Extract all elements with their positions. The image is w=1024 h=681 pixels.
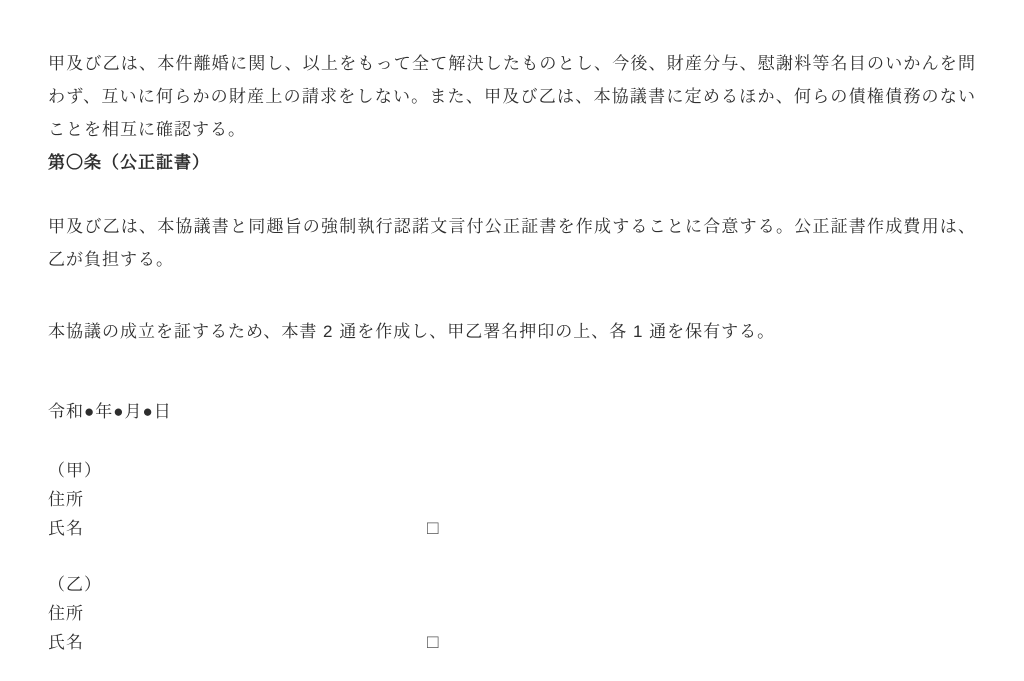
party-b-seal-placeholder-box: □ xyxy=(427,633,438,652)
party-b-label: （乙） xyxy=(48,570,976,599)
article-heading-notarial-deed: 第〇条（公正証書） xyxy=(48,146,976,179)
party-a-name-label: 氏名 xyxy=(48,519,84,538)
date-line: 令和●年●月●日 xyxy=(48,395,976,428)
party-a-seal-placeholder-box: □ xyxy=(427,519,438,538)
signature-block-party-a: （甲） 住所 氏名 □ xyxy=(48,456,976,543)
notarial-deed-clause-paragraph: 甲及び乙は、本協議書と同趣旨の強制執行認諾文言付公正証書を作成することに合意する… xyxy=(48,210,976,276)
party-a-name-line: 氏名 □ xyxy=(48,514,976,543)
party-b-name-label: 氏名 xyxy=(48,633,84,652)
settlement-clause-paragraph: 甲及び乙は、本件離婚に関し、以上をもって全て解決したものとし、今後、財産分与、慰… xyxy=(48,47,976,146)
party-b-name-line: 氏名 □ xyxy=(48,628,976,657)
party-a-label: （甲） xyxy=(48,456,976,485)
party-a-address-label: 住所 xyxy=(48,485,976,514)
signature-block-party-b: （乙） 住所 氏名 □ xyxy=(48,570,976,657)
agreement-document-page: 甲及び乙は、本件離婚に関し、以上をもって全て解決したものとし、今後、財産分与、慰… xyxy=(0,0,1024,681)
closing-execution-paragraph: 本協議の成立を証するため、本書 2 通を作成し、甲乙署名押印の上、各 1 通を保… xyxy=(48,315,976,348)
party-b-address-label: 住所 xyxy=(48,599,976,628)
